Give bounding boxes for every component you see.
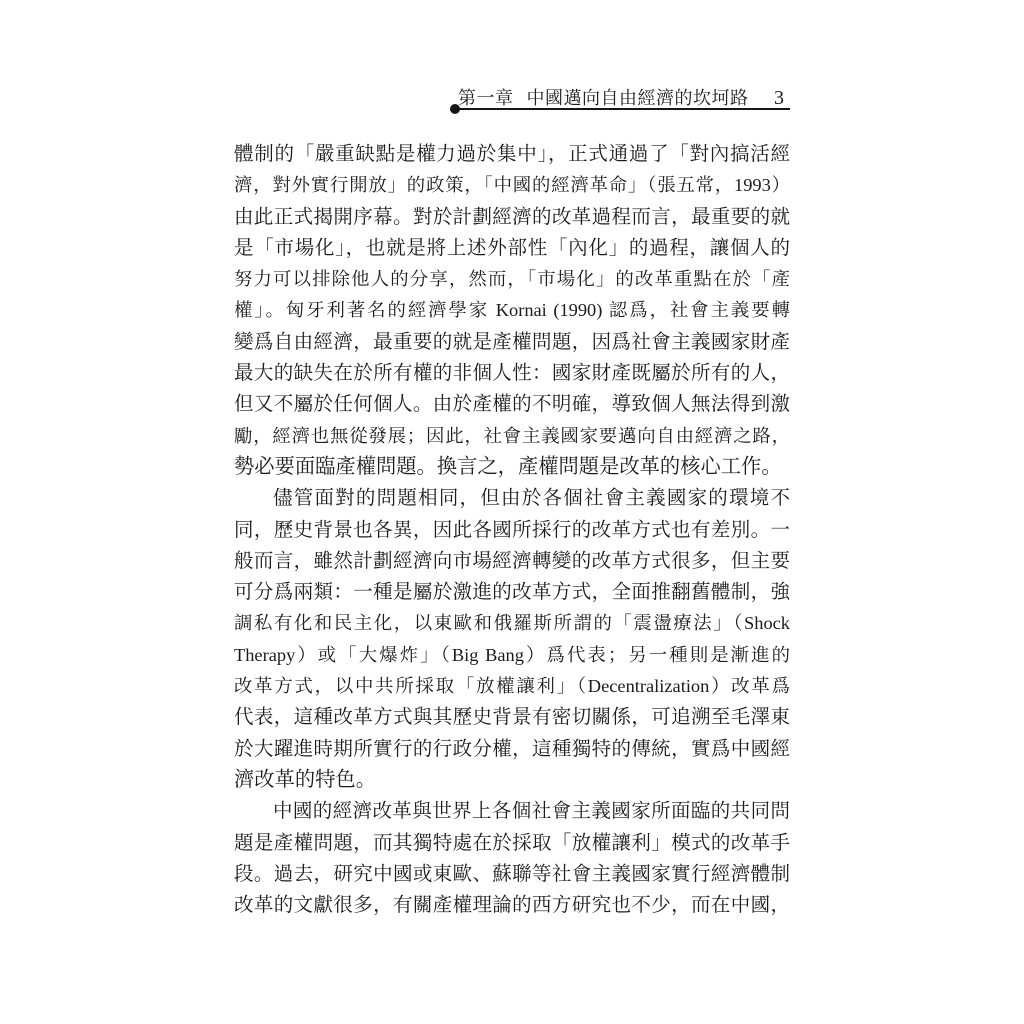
text-line: 調私有化和民主化，以東歐和俄羅斯所謂的「震盪療法」（Shock bbox=[234, 608, 790, 639]
chapter-title: 中國邁向自由經濟的坎坷路 bbox=[527, 84, 749, 110]
text-line paragraph-start: 儘管面對的問題相同，但由於各個社會主義國家的環境不 bbox=[234, 483, 790, 514]
page-number: 3 bbox=[774, 87, 790, 110]
text-line: 題是產權問題，而其獨特處在於採取「放權讓利」模式的改革手 bbox=[234, 828, 790, 859]
text-line: 是「市場化」，也就是將上述外部性「內化」的過程，讓個人的 bbox=[234, 233, 790, 264]
text-line: 同，歷史背景也各異，因此各國所採行的改革方式也有差別。一 bbox=[234, 515, 790, 546]
text-line: 勢必要面臨產權問題。換言之，產權問題是改革的核心工作。 bbox=[234, 452, 790, 483]
text-line: 般而言，雖然計劃經濟向市場經濟轉變的改革方式很多，但主要 bbox=[234, 546, 790, 577]
text-line: 權」。匈牙利著名的經濟學家 Kornai (1990) 認爲，社會主義要轉 bbox=[234, 295, 790, 326]
text-line: 可分爲兩類：一種是屬於激進的改革方式，全面推翻舊體制，強 bbox=[234, 577, 790, 608]
text-line: 代表，這種改革方式與其歷史背景有密切關係，可追溯至毛澤東 bbox=[234, 702, 790, 733]
text-line: 但又不屬於任何個人。由於產權的不明確，導致個人無法得到激 bbox=[234, 389, 790, 420]
text-line: Therapy）或「大爆炸」（Big Bang）爲代表；另一種則是漸進的 bbox=[234, 640, 790, 671]
text-line: 段。過去，研究中國或東歐、蘇聯等社會主義國家實行經濟體制 bbox=[234, 859, 790, 890]
chapter-label: 第一章 bbox=[458, 84, 514, 110]
text-line: 改革方式，以中共所採取「放權讓利」（Decentralization）改革爲 bbox=[234, 671, 790, 702]
text-line: 勵，經濟也無從發展；因此，社會主義國家要邁向自由經濟之路， bbox=[234, 421, 790, 452]
book-page: 第一章 中國邁向自由經濟的坎坷路 3 體制的「嚴重缺點是權力過於集中」，正式通過… bbox=[0, 0, 1024, 1024]
header-rule bbox=[455, 108, 790, 110]
text-line: 改革的文獻很多，有關產權理論的西方研究也不少，而在中國， bbox=[234, 890, 790, 921]
text-line: 濟改革的特色。 bbox=[234, 765, 790, 796]
text-line: 體制的「嚴重缺點是權力過於集中」，正式通過了「對內搞活經 bbox=[234, 139, 790, 170]
text-line: 最大的缺失在於所有權的非個人性：國家財產既屬於所有的人， bbox=[234, 358, 790, 389]
text-line: 於大躍進時期所實行的行政分權，這種獨特的傳統，實爲中國經 bbox=[234, 734, 790, 765]
body-text: 體制的「嚴重缺點是權力過於集中」，正式通過了「對內搞活經 濟，對外實行開放」的政… bbox=[234, 139, 790, 921]
text-line: 變爲自由經濟，最重要的就是產權問題，因爲社會主義國家財產 bbox=[234, 327, 790, 358]
text-line: 濟，對外實行開放」的政策，「中國的經濟革命」（張五常，1993） bbox=[234, 170, 790, 201]
text-line: 由此正式揭開序幕。對於計劃經濟的改革過程而言，最重要的就 bbox=[234, 202, 790, 233]
running-head: 第一章 中國邁向自由經濟的坎坷路 3 bbox=[458, 84, 790, 110]
text-line: 努力可以排除他人的分享，然而，「市場化」的改革重點在於「產 bbox=[234, 264, 790, 295]
text-line paragraph-start: 中國的經濟改革與世界上各個社會主義國家所面臨的共同問 bbox=[234, 796, 790, 827]
